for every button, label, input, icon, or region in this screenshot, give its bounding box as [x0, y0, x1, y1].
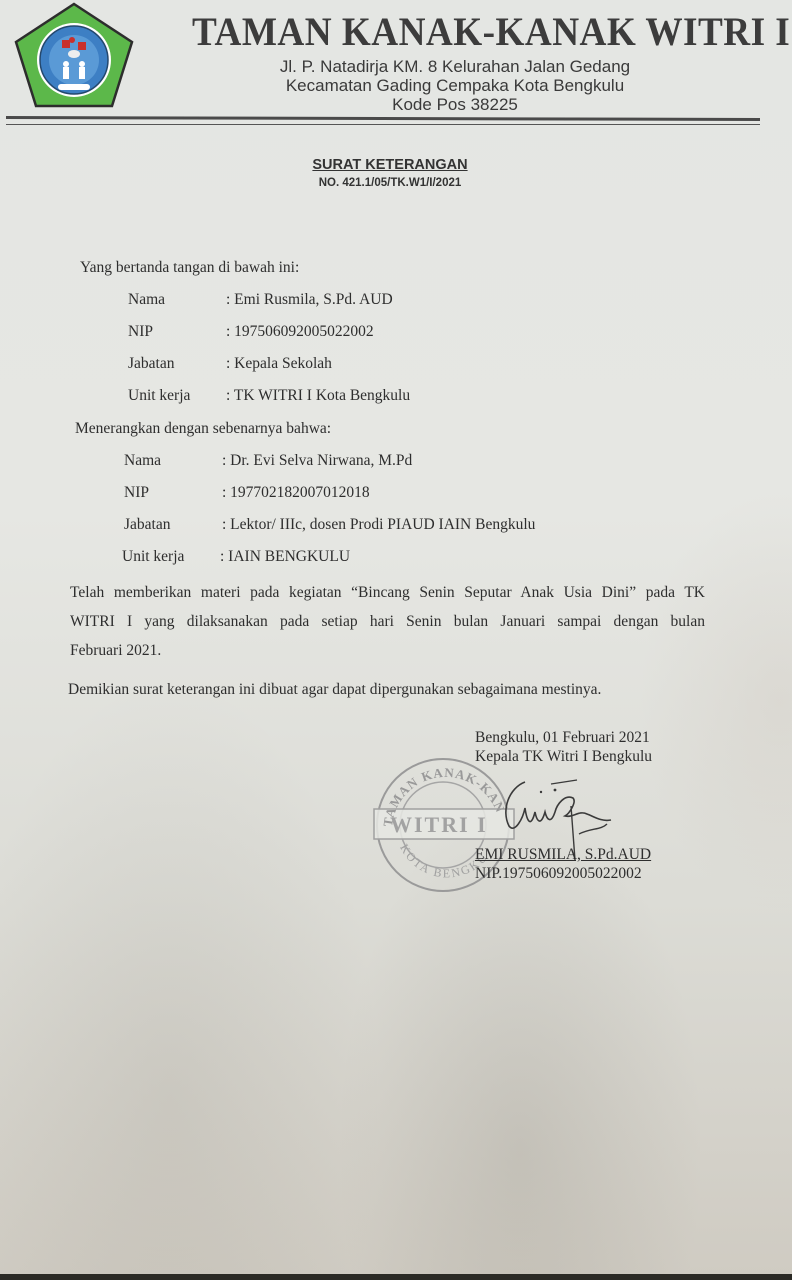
- signer-name: EMI RUSMILA, S.Pd.AUD: [475, 846, 651, 864]
- subject-field-label: Nama: [124, 452, 161, 470]
- place-date: Bengkulu, 01 Februari 2021: [475, 728, 652, 747]
- document-title: SURAT KETERANGAN: [0, 157, 780, 173]
- subject-field-label: Unit kerja: [122, 548, 184, 566]
- subject-field-label: NIP: [124, 484, 149, 502]
- letterhead-divider: [6, 116, 760, 121]
- body-line: Februari 2021.: [70, 636, 705, 665]
- closing-statement: Demikian surat keterangan ini dibuat aga…: [68, 681, 601, 699]
- address-line: Kode Pos 38225: [190, 95, 720, 114]
- signer-field-value: : 197506092005022002: [226, 323, 374, 341]
- signer-field-label: Nama: [128, 291, 165, 309]
- signer-field-label: Jabatan: [128, 355, 174, 373]
- subject-field-value: : Dr. Evi Selva Nirwana, M.Pd: [222, 452, 412, 470]
- letterhead-divider-thin: [6, 124, 760, 125]
- school-address: Jl. P. Natadirja KM. 8 Kelurahan Jalan G…: [190, 57, 720, 114]
- body-line: WITRI I yang dilaksanakan pada setiap ha…: [70, 607, 705, 636]
- signer-field-value: : TK WITRI I Kota Bengkulu: [226, 387, 410, 405]
- signer-nip: NIP.197506092005022002: [475, 865, 642, 883]
- stamp-center-text: WITRI I: [390, 812, 488, 837]
- body-line: Telah memberikan materi pada kegiatan “B…: [70, 578, 705, 607]
- subject-field-value: : IAIN BENGKULU: [220, 548, 350, 566]
- document-title-text: SURAT KETERANGAN: [312, 157, 467, 173]
- signer-field-value: : Emi Rusmila, S.Pd. AUD: [226, 291, 393, 309]
- address-line: Kecamatan Gading Cempaka Kota Bengkulu: [190, 76, 720, 95]
- subject-field-value: : Lektor/ IIIc, dosen Prodi PIAUD IAIN B…: [222, 516, 535, 534]
- page-bottom-edge: [0, 1274, 792, 1280]
- intro-subject: Menerangkan dengan sebenarnya bahwa:: [75, 420, 331, 438]
- intro-signer: Yang bertanda tangan di bawah ini:: [80, 259, 299, 277]
- document-number: NO. 421.1/05/TK.W1/I/2021: [0, 177, 780, 189]
- signer-field-label: NIP: [128, 323, 153, 341]
- body-paragraph: Telah memberikan materi pada kegiatan “B…: [70, 578, 705, 665]
- signer-field-value: : Kepala Sekolah: [226, 355, 332, 373]
- school-emblem-icon: [12, 2, 136, 110]
- address-line: Jl. P. Natadirja KM. 8 Kelurahan Jalan G…: [190, 57, 720, 76]
- subject-field-value: : 197702182007012018: [222, 484, 370, 502]
- subject-field-label: Jabatan: [124, 516, 170, 534]
- signer-field-label: Unit kerja: [128, 387, 190, 405]
- school-name: TAMAN KANAK-KANAK WITRI I: [192, 8, 713, 55]
